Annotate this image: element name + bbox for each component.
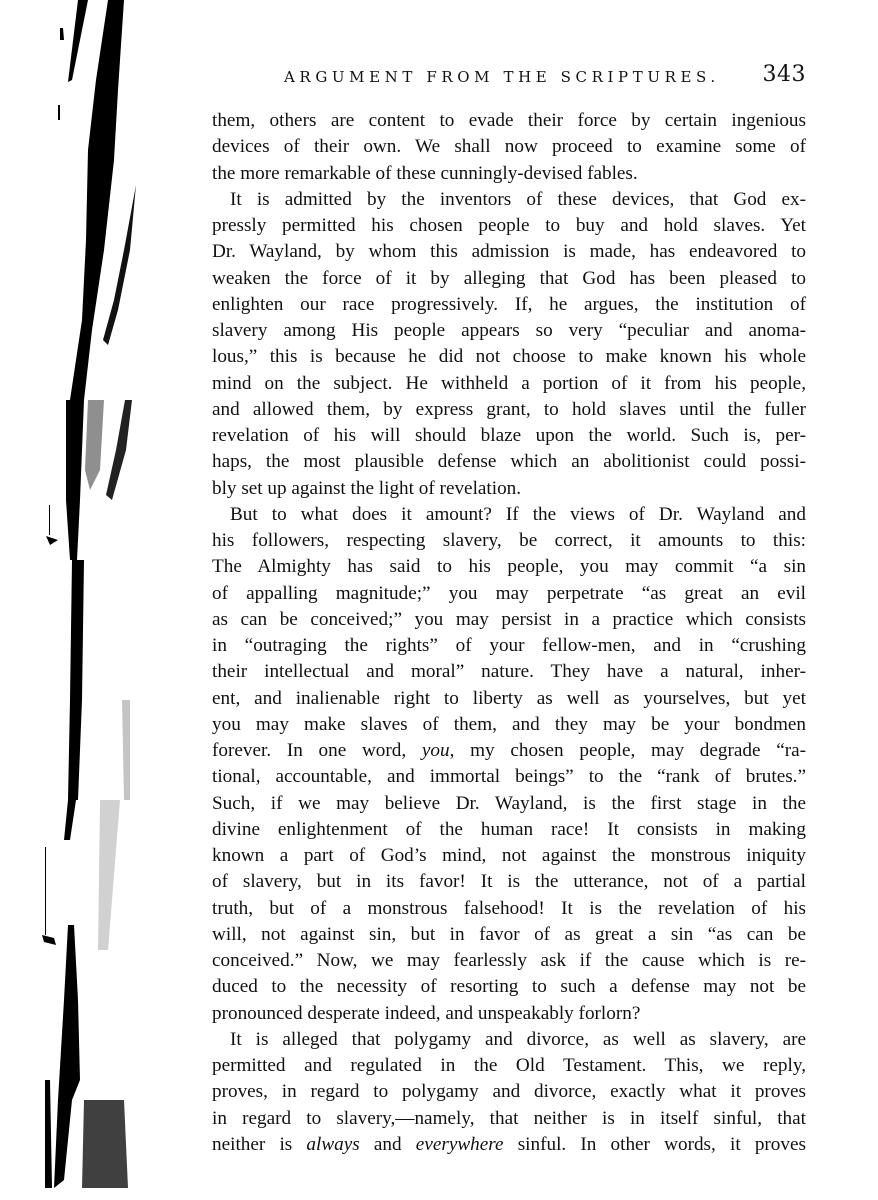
text-line: duced to the necessity of resorting to s… (212, 974, 806, 1000)
text-line: neither is always and everywhere sinful.… (212, 1132, 806, 1158)
text-line: of slavery, but in its favor! It is the … (212, 869, 806, 895)
text-line: revelation of his will should blaze upon… (212, 423, 806, 449)
text-line: permitted and regulated in the Old Testa… (212, 1053, 806, 1079)
text-fragment: and (360, 1134, 416, 1155)
book-spine-shadow (0, 0, 200, 1200)
text-line: divine enlightenment of the human race! … (212, 817, 806, 843)
text-line: conceived.” Now, we may fearlessly ask i… (212, 948, 806, 974)
italic-word: everywhere (416, 1134, 504, 1155)
text-line: The Almighty has said to his people, you… (212, 554, 806, 580)
text-line: pressly permitted his chosen people to b… (212, 213, 806, 239)
scanned-book-page: ARGUMENT FROM THE SCRIPTURES. 343 them, … (0, 0, 878, 1200)
page-number: 343 (763, 62, 807, 87)
paragraph-start-line: But to what does it amount? If the views… (212, 502, 806, 528)
running-head-title: ARGUMENT FROM THE SCRIPTURES. (284, 68, 720, 86)
text-line: their intellectual and moral” nature. Th… (212, 659, 806, 685)
text-line: pronounced desperate indeed, and unspeak… (212, 1001, 806, 1027)
text-line: the more remarkable of these cunningly-d… (212, 161, 806, 187)
italic-word: always (306, 1134, 359, 1155)
running-head: ARGUMENT FROM THE SCRIPTURES. 343 (212, 62, 806, 94)
text-line: Such, if we may believe Dr. Wayland, is … (212, 791, 806, 817)
text-line: his followers, respecting slavery, be co… (212, 528, 806, 554)
text-fragment: forever. In one word, (212, 740, 422, 761)
text-line: weaken the force of it by alleging that … (212, 266, 806, 292)
text-line: known a part of God’s mind, not against … (212, 843, 806, 869)
text-line: devices of their own. We shall now proce… (212, 134, 806, 160)
text-line: truth, but of a monstrous falsehood! It … (212, 896, 806, 922)
body-text: them, others are content to evade their … (212, 108, 806, 1158)
text-line: forever. In one word, you, my chosen peo… (212, 738, 806, 764)
text-line: Dr. Wayland, by whom this admission is m… (212, 239, 806, 265)
text-fragment: neither is (212, 1134, 306, 1155)
text-line: and allowed them, by express grant, to h… (212, 397, 806, 423)
text-line: ent, and inalienable right to liberty as… (212, 686, 806, 712)
text-line: in regard to slavery,—namely, that neith… (212, 1106, 806, 1132)
text-line: proves, in regard to polygamy and divorc… (212, 1079, 806, 1105)
text-fragment: , my chosen people, may degrade “ra- (450, 740, 806, 761)
text-line: you may make slaves of them, and they ma… (212, 712, 806, 738)
text-line: lous,” this is because he did not choose… (212, 344, 806, 370)
text-line: bly set up against the light of revelati… (212, 476, 806, 502)
text-fragment: sinful. In other words, it proves (504, 1134, 806, 1155)
text-line: them, others are content to evade their … (212, 108, 806, 134)
text-line: in “outraging the rights” of your fellow… (212, 633, 806, 659)
text-line: as can be conceived;” you may persist in… (212, 607, 806, 633)
italic-word: you (422, 740, 450, 761)
text-line: haps, the most plausible defense which a… (212, 449, 806, 475)
text-line: of appalling magnitude;” you may perpetr… (212, 581, 806, 607)
paragraph-start-line: It is admitted by the inventors of these… (212, 187, 806, 213)
text-line: will, not against sin, but in favor of a… (212, 922, 806, 948)
paragraph-start-line: It is alleged that polygamy and divorce,… (212, 1027, 806, 1053)
text-line: slavery among His people appears so very… (212, 318, 806, 344)
text-line: tional, accountable, and immortal beings… (212, 764, 806, 790)
text-line: mind on the subject. He withheld a porti… (212, 371, 806, 397)
text-line: enlighten our race progressively. If, he… (212, 292, 806, 318)
